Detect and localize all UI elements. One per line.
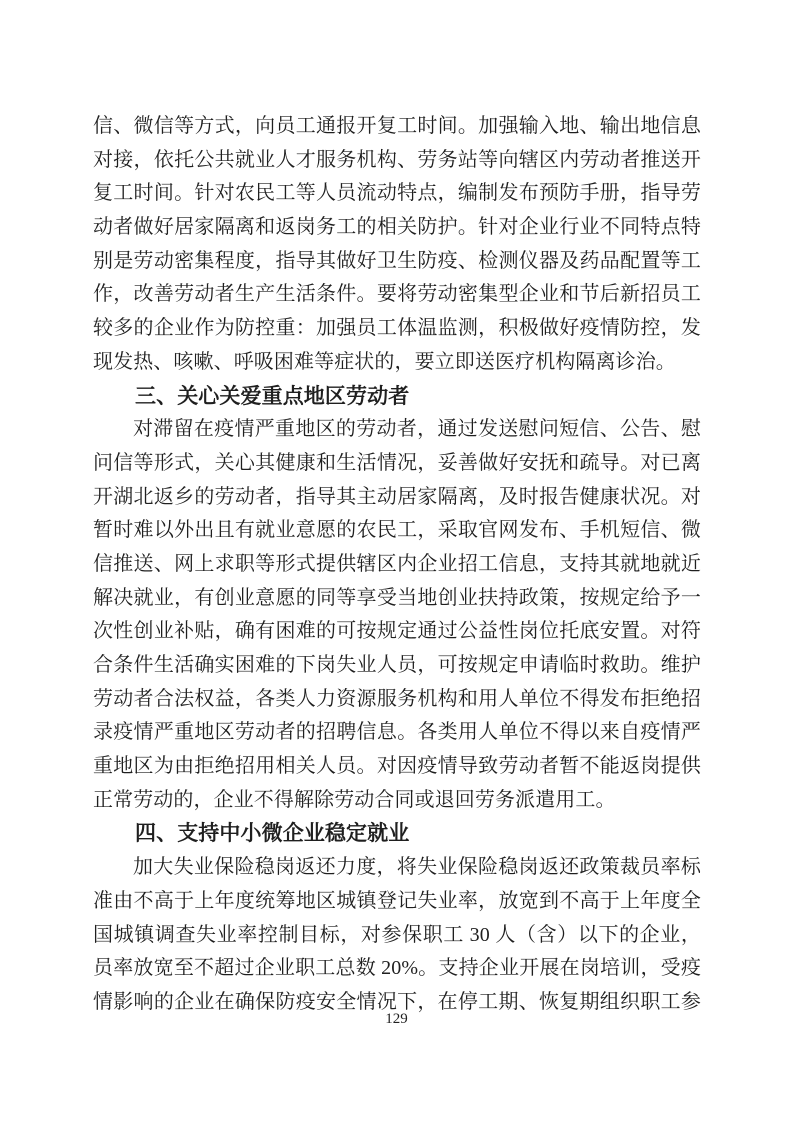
section-heading-4: 四、支持中小微企业稳定就业 (93, 817, 701, 851)
text-line: 别是劳动密集程度，指导其做好卫生防疫、检测仪器及药品配置等工 (93, 245, 701, 279)
text-line: 较多的企业作为防控重：加强员工体温监测，积极做好疫情防控，发 (93, 312, 701, 346)
text-line: 准由不高于上年度统筹地区城镇登记失业率，放宽到不高于上年度全 (93, 885, 701, 919)
section-heading-3: 三、关心关爱重点地区劳动者 (93, 380, 701, 414)
text-line: 对滞留在疫情严重地区的劳动者，通过发送慰问短信、公告、慰 (93, 413, 701, 447)
text-line: 信推送、网上求职等形式提供辖区内企业招工信息，支持其就地就近 (93, 548, 701, 582)
text-line: 现发热、咳嗽、呼吸困难等症状的，要立即送医疗机构隔离诊治。 (93, 346, 701, 380)
page-number: 129 (0, 1010, 793, 1028)
document-page: 信、微信等方式，向员工通报开复工时间。加强输入地、输出地信息 对接，依托公共就业… (0, 0, 793, 1122)
text-line: 暂时难以外出且有就业意愿的农民工，采取官网发布、手机短信、微 (93, 514, 701, 548)
text-line: 复工时间。针对农民工等人员流动特点，编制发布预防手册，指导劳 (93, 177, 701, 211)
text-line: 次性创业补贴，确有困难的可按规定通过公益性岗位托底安置。对符 (93, 615, 701, 649)
text-line: 国城镇调查失业率控制目标，对参保职工 30 人（含）以下的企业，裁 (93, 919, 701, 953)
text-line: 员率放宽至不超过企业职工总数 20%。支持企业开展在岗培训，受疫 (93, 952, 701, 986)
text-line: 作，改善劳动者生产生活条件。要将劳动密集型企业和节后新招员工 (93, 278, 701, 312)
text-line: 问信等形式，关心其健康和生活情况，妥善做好安抚和疏导。对已离 (93, 447, 701, 481)
text-line: 录疫情严重地区劳动者的招聘信息。各类用人单位不得以来自疫情严 (93, 716, 701, 750)
text-line: 对接，依托公共就业人才服务机构、劳务站等向辖区内劳动者推送开 (93, 144, 701, 178)
text-line: 动者做好居家隔离和返岗务工的相关防护。针对企业行业不同特点特 (93, 211, 701, 245)
text-line: 开湖北返乡的劳动者，指导其主动居家隔离，及时报告健康状况。对 (93, 481, 701, 515)
text-line: 重地区为由拒绝招用相关人员。对因疫情导致劳动者暂不能返岗提供 (93, 750, 701, 784)
text-line: 加大失业保险稳岗返还力度，将失业保险稳岗返还政策裁员率标 (93, 851, 701, 885)
text-line: 正常劳动的，企业不得解除劳动合同或退回劳务派遣用工。 (93, 784, 701, 818)
text-line: 信、微信等方式，向员工通报开复工时间。加强输入地、输出地信息 (93, 110, 701, 144)
text-block: 信、微信等方式，向员工通报开复工时间。加强输入地、输出地信息 对接，依托公共就业… (93, 110, 701, 1020)
text-line: 解决就业，有创业意愿的同等享受当地创业扶持政策，按规定给予一 (93, 582, 701, 616)
text-line: 合条件生活确实困难的下岗失业人员，可按规定申请临时救助。维护 (93, 649, 701, 683)
text-line: 劳动者合法权益，各类人力资源服务机构和用人单位不得发布拒绝招 (93, 683, 701, 717)
